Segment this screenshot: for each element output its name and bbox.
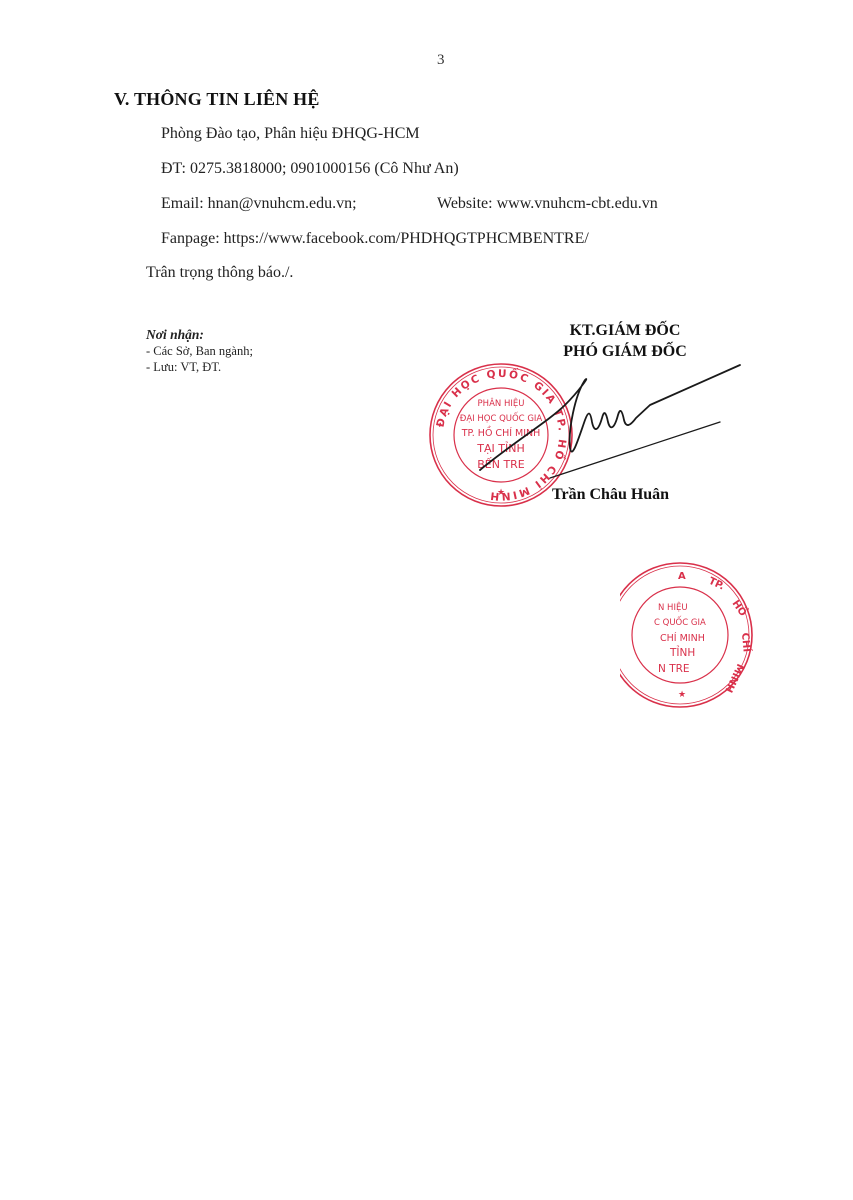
department-line: Phòng Đào tạo, Phân hiệu ĐHQG-HCM [161,125,420,143]
signature-title-line1: KT.GIÁM ĐỐC [530,320,720,341]
email-line: Email: hnan@vnuhcm.edu.vn; [161,195,357,213]
signer-name: Trần Châu Huân [552,486,669,504]
stamp-line: N TRE [658,663,690,675]
signature-title-line2: PHÓ GIÁM ĐỐC [530,341,720,362]
signature-title-block: KT.GIÁM ĐỐC PHÓ GIÁM ĐỐC [530,320,720,362]
stamp-line: TỈNH [669,645,695,659]
fanpage-line: Fanpage: https://www.facebook.com/PHDHQG… [161,230,589,248]
website-line: Website: www.vnuhcm-cbt.edu.vn [437,195,658,213]
closing-line: Trân trọng thông báo./. [146,264,293,282]
stamp-line: N HIỆU [658,601,688,613]
stamp-fragment: HỒ [730,596,752,618]
signature-icon [450,360,750,500]
stamp-star-icon: ★ [678,690,686,700]
phone-line: ĐT: 0275.3818000; 0901000156 (Cô Như An) [161,160,459,178]
recipient-item: - Lưu: VT, ĐT. [146,359,253,375]
partial-stamp-icon: A TP. HỒ CHÍ MINH N HIỆU C QUỐC GIA CHÍ … [620,555,770,710]
recipient-item: - Các Sở, Ban ngành; [146,343,253,359]
stamp-fragment: MINH [722,662,745,694]
recipients-title: Nơi nhận: [146,327,253,343]
stamp-fragment: A [678,571,686,582]
recipients-block: Nơi nhận: - Các Sở, Ban ngành; - Lưu: VT… [146,327,253,375]
stamp-line: C QUỐC GIA [654,615,706,628]
section-title: V. THÔNG TIN LIÊN HỆ [114,89,320,110]
page-number: 3 [437,52,445,69]
stamp-line: CHÍ MINH [660,632,705,644]
